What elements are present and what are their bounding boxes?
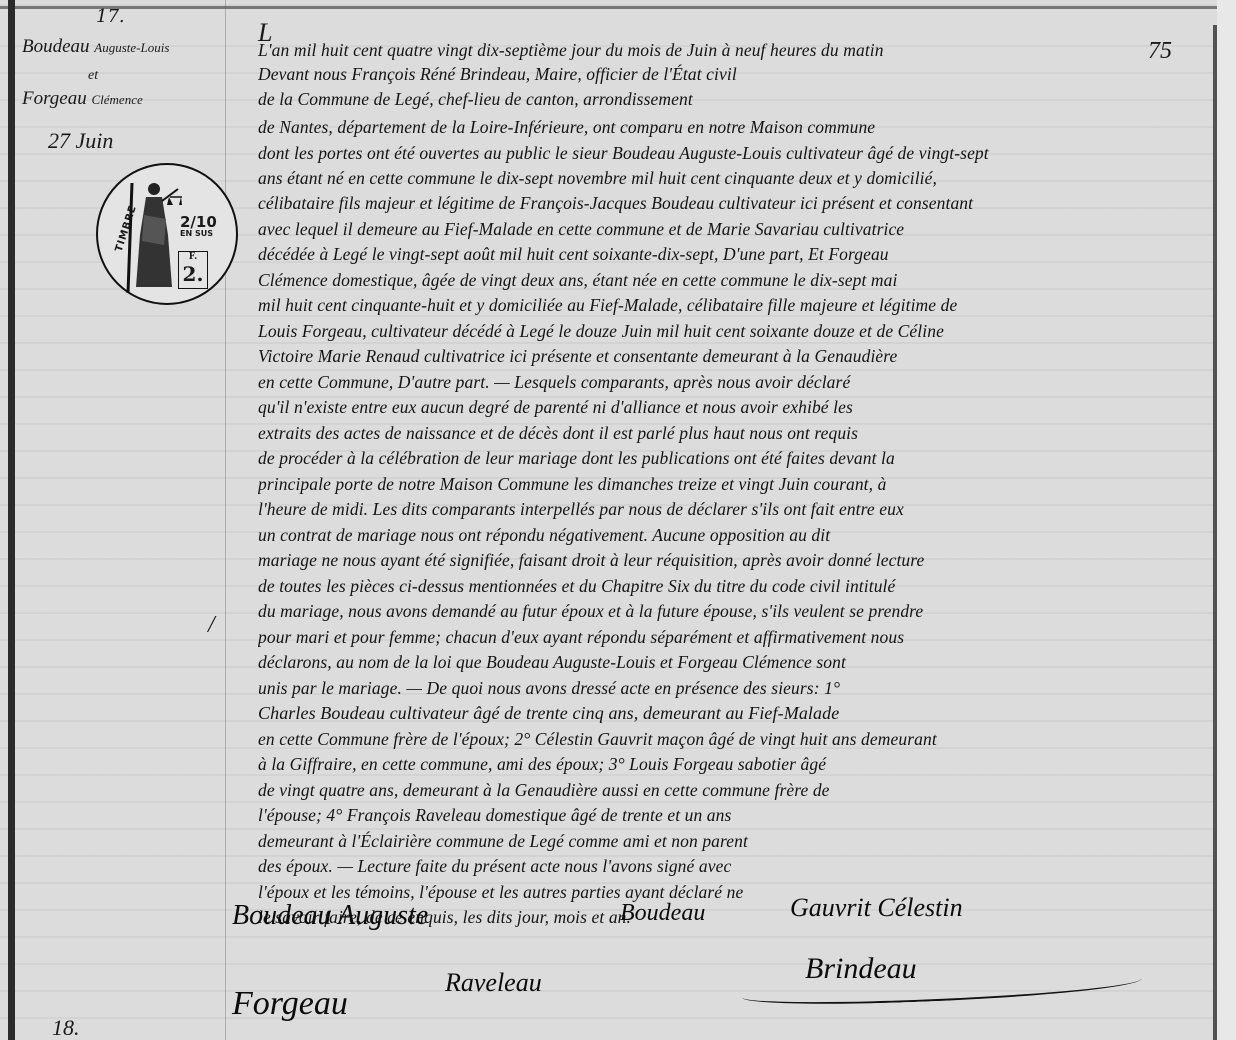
margin-bracket: /	[208, 612, 215, 639]
text-line: Clémence domestique, âgée de vingt deux …	[258, 270, 1208, 291]
margin-conjunction: et	[88, 68, 98, 84]
signature-witness-boudeau: Boudeau	[620, 900, 705, 927]
text-line: un contrat de mariage nous ont répondu n…	[258, 525, 1208, 546]
text-line: Louis Forgeau, cultivateur décédé à Legé…	[258, 321, 1208, 342]
text-line: célibataire fils majeur et légitime de F…	[258, 193, 1208, 214]
text-line: en cette Commune, D'autre part. — Lesque…	[258, 372, 1208, 393]
margin-rule	[225, 0, 226, 1040]
text-line: dont les portes ont été ouvertes au publ…	[258, 143, 1208, 164]
bride-surname: Forgeau	[22, 88, 87, 109]
text-line: des époux. — Lecture faite du présent ac…	[258, 856, 1208, 877]
text-line: principale porte de notre Maison Commune…	[258, 474, 1208, 495]
text-line: déclarons, au nom de la loi que Boudeau …	[258, 652, 1208, 673]
tax-stamp: TIMBRE 2/10 EN SUS F. 2.	[96, 163, 238, 305]
stamp-value-box: F. 2.	[178, 251, 208, 289]
stamp-rate: 2/10 EN SUS	[180, 215, 217, 238]
text-line: de toutes les pièces ci-dessus mentionné…	[258, 576, 1208, 597]
justice-figure-icon	[122, 175, 182, 295]
text-line: en cette Commune frère de l'époux; 2° Cé…	[258, 729, 1208, 750]
stamp-value: 2.	[179, 263, 207, 285]
bride-given-names: Clémence	[91, 92, 142, 107]
next-act-number: 18.	[52, 1015, 80, 1040]
text-line: L'an mil huit cent quatre vingt dix-sept…	[258, 40, 1208, 61]
signature-witness-forgeau: Forgeau	[232, 985, 348, 1023]
signature-witness-gauvrit: Gauvrit Célestin	[790, 893, 963, 923]
text-line: l'heure de midi. Les dits comparants int…	[258, 499, 1208, 520]
text-line: de vingt quatre ans, demeurant à la Gena…	[258, 780, 1208, 801]
margin-bride-name: Forgeau Clémence	[22, 88, 143, 110]
mayor-paraph-flourish	[742, 968, 1143, 1008]
signature-witness-raveleau: Raveleau	[445, 968, 542, 998]
page-right-strip	[1217, 0, 1236, 1040]
text-line: mil huit cent cinquante-huit et y domici…	[258, 295, 1208, 316]
text-line: ans étant né en cette commune le dix-sep…	[258, 168, 1208, 189]
text-line: de Nantes, département de la Loire-Infér…	[258, 117, 1208, 138]
text-line: extraits des actes de naissance et de dé…	[258, 423, 1208, 444]
text-line: de la Commune de Legé, chef-lieu de cant…	[258, 89, 1208, 110]
margin-groom-name: Boudeau Auguste-Louis	[22, 36, 169, 58]
margin-date: 27 Juin	[48, 128, 113, 154]
stamp-rate-suffix: EN SUS	[180, 229, 217, 238]
text-line: décédée à Legé le vingt-sept août mil hu…	[258, 244, 1208, 265]
text-line: Devant nous François Réné Brindeau, Mair…	[258, 64, 1208, 85]
act-number: 17.	[96, 6, 125, 27]
text-line: à la Giffraire, en cette commune, ami de…	[258, 754, 1208, 775]
text-line: pour mari et pour femme; chacun d'eux ay…	[258, 627, 1208, 648]
text-line: demeurant à l'Éclairière commune de Legé…	[258, 831, 1208, 852]
page-top-rule	[0, 6, 1236, 9]
text-line: Charles Boudeau cultivateur âgé de trent…	[258, 703, 1208, 724]
signature-groom: Boudeau Auguste	[232, 900, 428, 932]
binding-strip	[8, 0, 15, 1040]
register-page: 17. Boudeau Auguste-Louis et Forgeau Clé…	[0, 0, 1236, 1040]
text-line: du mariage, nous avons demandé au futur …	[258, 601, 1208, 622]
text-line: de procéder à la célébration de leur mar…	[258, 448, 1208, 469]
text-line: qu'il n'existe entre eux aucun degré de …	[258, 397, 1208, 418]
text-line: l'épouse; 4° François Raveleau domestiqu…	[258, 805, 1208, 826]
text-line: Victoire Marie Renaud cultivatrice ici p…	[258, 346, 1208, 367]
groom-surname: Boudeau	[22, 36, 90, 57]
text-line: avec lequel il demeure au Fief-Malade en…	[258, 219, 1208, 240]
text-line: unis par le mariage. — De quoi nous avon…	[258, 678, 1208, 699]
groom-given-names: Auguste-Louis	[94, 40, 169, 55]
text-line: mariage ne nous ayant été signifiée, fai…	[258, 550, 1208, 571]
